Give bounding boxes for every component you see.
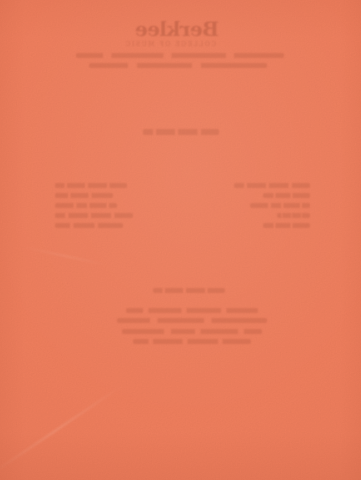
showthrough-line-footer-paragraph <box>122 329 262 334</box>
berklee-wordmark-showthrough: Berklee <box>139 18 219 40</box>
showthrough-line-footer-paragraph <box>126 308 258 313</box>
paper-crease <box>21 246 109 266</box>
showthrough-line-left-column <box>55 183 127 188</box>
scanned-orange-letterhead: Berklee COLLEGE OF MUSIC <box>0 0 361 480</box>
showthrough-line-left-column <box>55 213 133 218</box>
showthrough-line-right-column <box>250 203 310 208</box>
showthrough-line-right-column <box>277 213 310 218</box>
college-of-music-line-showthrough: COLLEGE OF MUSIC <box>138 41 216 48</box>
showthrough-line-footer-paragraph <box>117 318 267 323</box>
showthrough-line-right-column <box>263 223 310 228</box>
showthrough-line-left-column <box>55 193 113 198</box>
showthrough-line-header-address <box>76 53 284 58</box>
showthrough-line-mid-heading <box>143 129 219 135</box>
showthrough-line-footer-heading <box>153 288 225 293</box>
paper-shading-vignette <box>0 0 361 480</box>
showthrough-line-right-column <box>234 183 310 188</box>
paper-grain-texture <box>0 0 361 480</box>
showthrough-line-left-column <box>55 223 123 228</box>
paper-crease <box>0 383 126 480</box>
showthrough-line-footer-paragraph <box>133 339 251 344</box>
showthrough-line-right-column <box>263 193 310 198</box>
showthrough-line-header-address <box>89 63 267 68</box>
showthrough-line-left-column <box>55 203 117 208</box>
